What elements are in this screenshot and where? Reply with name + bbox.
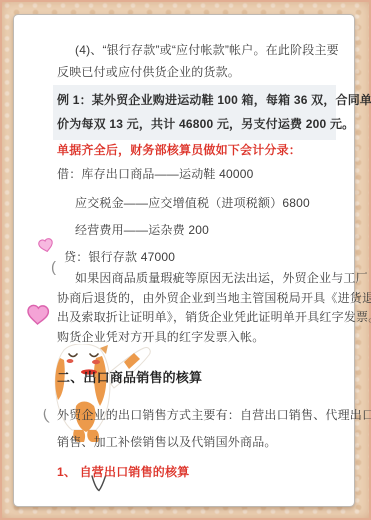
section-heading: 二、出口商品销售的核算	[57, 367, 202, 389]
journal-entry-vat: 应交税金——应交增值税（进项税额）6800	[75, 192, 310, 214]
document-page: { "page": { "intro_paragraph": "(4)、“银行存…	[0, 0, 371, 520]
journal-entry-expense: 经营费用——运杂费 200	[75, 219, 209, 241]
red-lead-in-line: 单据齐全后，财务部核算员做如下会计分录：	[57, 139, 301, 161]
sales-methods-paragraph: 外贸企业的出口销售方式主要有：自营出口销售、代理出口 销售、加工补偿销售以及代销…	[57, 402, 371, 456]
paren-doodle: (	[51, 260, 56, 275]
large-heart-icon	[25, 303, 50, 326]
intro-paragraph: (4)、“银行存款”或“应付帐款”帐户。在此阶段主要 反映已付或应付供货企业的货…	[57, 39, 339, 83]
sub-heading-red: 1、 自营出口销售的核算	[57, 461, 189, 483]
journal-entry-debit-inventory: 借：库存出口商品——运动鞋 40000	[57, 163, 254, 185]
return-goods-paragraph: 如果因商品质量瑕疵等原因无法出运，外贸企业与工厂 协商后退货的，由外贸企业到当地…	[57, 269, 371, 347]
journal-entry-credit-bank: 贷：银行存款 47000	[64, 246, 175, 268]
example-1-paragraph: 例 1：某外贸企业购进运动鞋 100 箱，每箱 36 双，合同单 价为每双 13…	[53, 85, 336, 140]
